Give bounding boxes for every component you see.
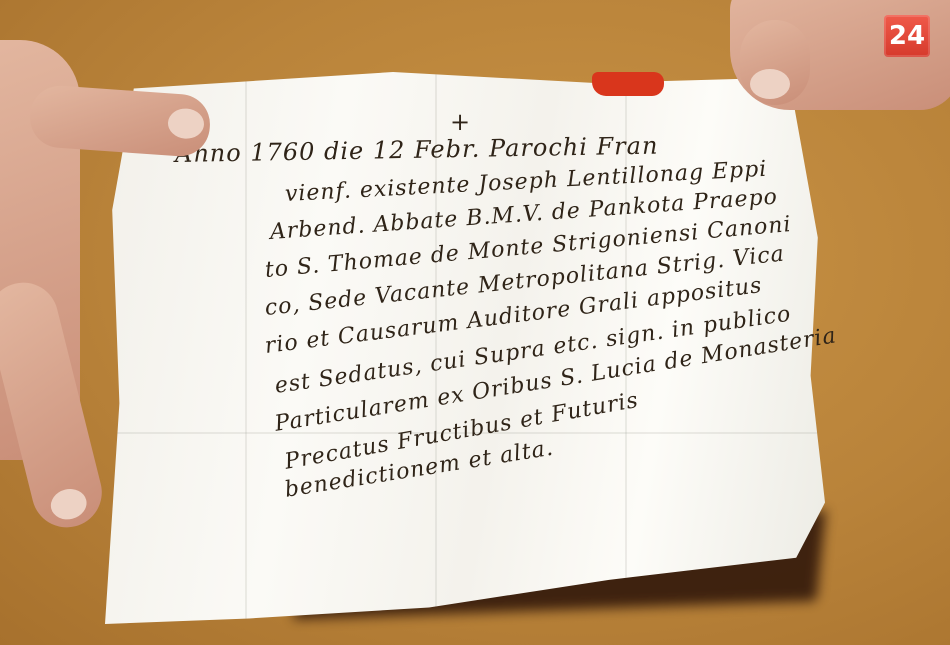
left-thumb bbox=[28, 84, 212, 158]
left-finger bbox=[0, 275, 109, 535]
photo-scene: + Anno 1760 die 12 Febr. Parochi Fran vi… bbox=[0, 0, 950, 645]
right-thumb bbox=[740, 20, 810, 105]
cross-mark: + bbox=[450, 108, 470, 136]
site-logo: 24 bbox=[884, 15, 930, 57]
thumbnail bbox=[750, 69, 790, 99]
red-wax-seal bbox=[592, 72, 664, 96]
thumbnail bbox=[167, 107, 205, 139]
fingernail bbox=[48, 485, 90, 523]
